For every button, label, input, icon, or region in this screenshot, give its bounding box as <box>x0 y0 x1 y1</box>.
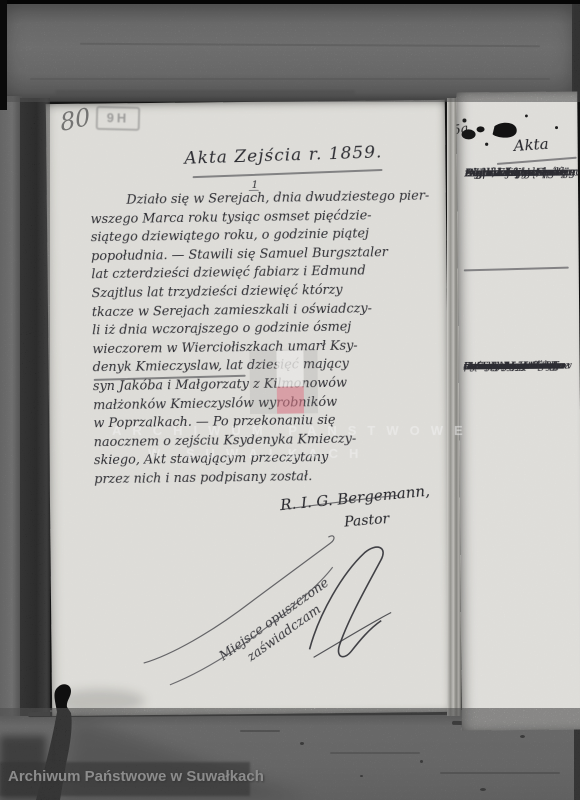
dust-speck <box>520 735 525 738</box>
frame-edge-left <box>0 0 7 110</box>
dust-streak <box>330 752 420 754</box>
right-name-underline <box>464 267 569 272</box>
page-block-shadow <box>20 98 50 716</box>
archival-scan-viewport: 80 9H Akta Zejścia r. 1859. 1 Działo się… <box>0 0 580 800</box>
right-page: 5a Akta Działo się w Serejach tego dziew… <box>456 91 580 730</box>
left-page: 80 9H Akta Zejścia r. 1859. 1 Działo się… <box>46 100 451 716</box>
dust-speck <box>360 775 363 777</box>
signature-flourishes <box>46 100 451 716</box>
board-scratch <box>55 90 355 94</box>
dust-streak <box>440 772 560 774</box>
archive-watermark-text: Archiwum Państwowe w Suwałkach <box>8 768 264 785</box>
book-cover-edge <box>0 96 22 716</box>
book-top-board <box>6 3 572 101</box>
right-page-heading: Akta <box>513 135 549 155</box>
dust-speck <box>300 742 304 745</box>
watermark-overlay-line1: ARCHIWUM PANSTWOWE <box>112 423 474 438</box>
watermark-overlay-line2: W SUWALKACH <box>148 446 369 461</box>
board-scratch <box>30 78 550 80</box>
frame-edge-top <box>0 0 580 4</box>
dust-speck <box>420 760 423 763</box>
body-line: ało. <box>464 360 483 373</box>
right-record-2: Działo się w Serej iątego dziewiątego na… <box>464 359 580 360</box>
body-line: niepisać przez św <box>465 166 565 181</box>
right-record-1: Działo się w Serejach tego dziewiątego, … <box>465 165 580 166</box>
dust-streak <box>240 730 280 732</box>
dust-speck <box>480 788 486 791</box>
